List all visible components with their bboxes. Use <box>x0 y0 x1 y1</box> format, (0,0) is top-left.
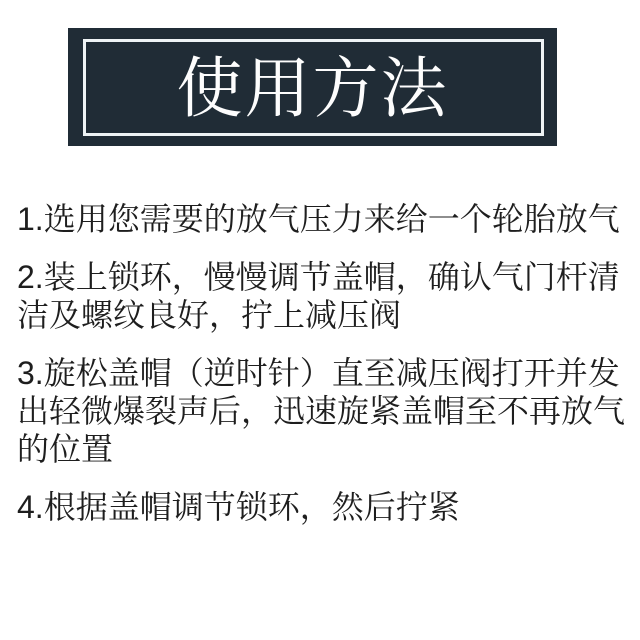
instruction-item-2: 2.装上锁环，慢慢调节盖帽，确认气门杆清 洁及螺纹良好，拧上减压阀 <box>17 258 632 334</box>
instruction-line: 2.装上锁环，慢慢调节盖帽，确认气门杆清 <box>17 258 632 296</box>
instruction-list: 1.选用您需要的放气压力来给一个轮胎放气 2.装上锁环，慢慢调节盖帽，确认气门杆… <box>17 200 632 546</box>
page-title: 使用方法 <box>177 53 449 121</box>
title-banner: 使用方法 <box>68 28 557 146</box>
instruction-item-4: 4.根据盖帽调节锁环，然后拧紧 <box>17 488 632 526</box>
instruction-item-1: 1.选用您需要的放气压力来给一个轮胎放气 <box>17 200 632 238</box>
instruction-line: 的位置 <box>17 430 632 468</box>
instruction-line: 3.旋松盖帽（逆时针）直至减压阀打开并发 <box>17 354 632 392</box>
instruction-item-3: 3.旋松盖帽（逆时针）直至减压阀打开并发 出轻微爆裂声后，迅速旋紧盖帽至不再放气… <box>17 354 632 468</box>
instruction-line: 1.选用您需要的放气压力来给一个轮胎放气 <box>17 200 632 238</box>
product-instruction-image: 使用方法 1.选用您需要的放气压力来给一个轮胎放气 2.装上锁环，慢慢调节盖帽，… <box>0 0 640 640</box>
instruction-line: 出轻微爆裂声后，迅速旋紧盖帽至不再放气 <box>17 392 632 430</box>
instruction-line: 洁及螺纹良好，拧上减压阀 <box>17 296 632 334</box>
instruction-line: 4.根据盖帽调节锁环，然后拧紧 <box>17 488 632 526</box>
